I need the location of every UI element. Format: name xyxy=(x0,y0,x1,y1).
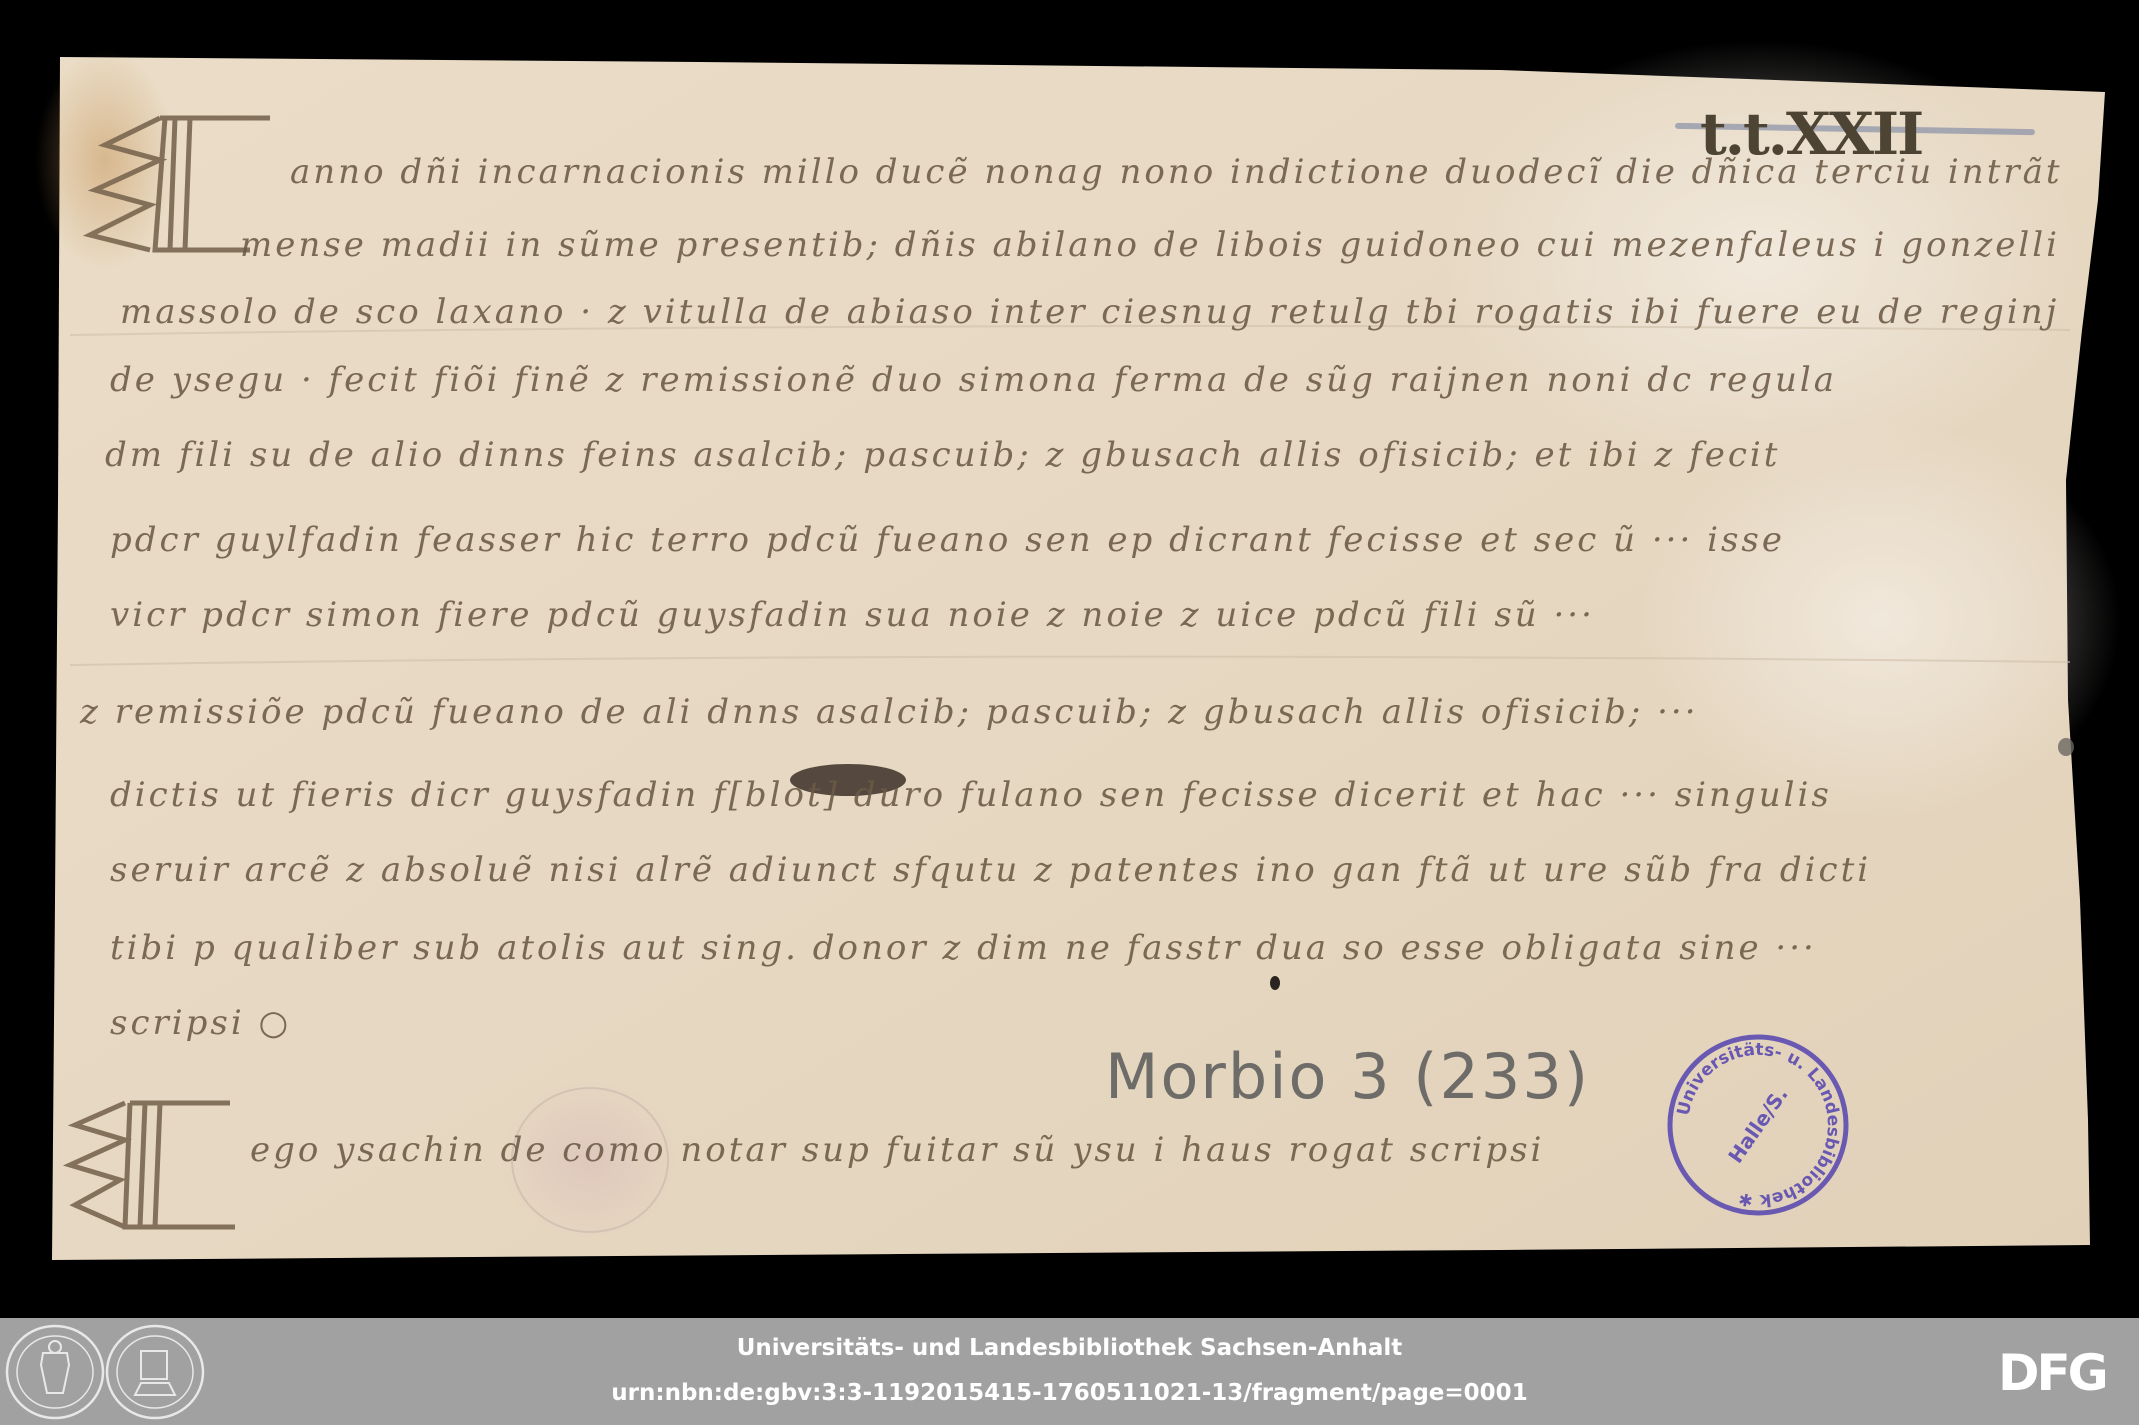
text-line: z remissiõe pdcũ fueano de ali dnns asal… xyxy=(80,692,1699,732)
footer-bar: Universitäts- und Landesbibliothek Sachs… xyxy=(0,1318,2139,1425)
urn-link[interactable]: urn:nbn:de:gbv:3:3-1192015415-1760511021… xyxy=(0,1380,2139,1406)
dfg-logo: DFG xyxy=(1998,1344,2106,1402)
text-line: dm fili su de alio dinns feins asalcib; … xyxy=(105,435,1780,475)
stamp-icon: Universitäts- u. Landesbibliothek ✱ Hall… xyxy=(1663,1030,1853,1220)
text-line: mense madii in sũme presentib; dñis abil… xyxy=(240,225,2060,265)
svg-text:Halle/S.: Halle/S. xyxy=(1723,1083,1792,1168)
text-line: tibi p qualiber sub atolis aut sing. don… xyxy=(110,928,1817,968)
pencil-annotation: Morbio 3 (233) xyxy=(1105,1040,1590,1113)
institution-name: Universitäts- und Landesbibliothek Sachs… xyxy=(0,1335,2139,1361)
text-line: scripsi ○ xyxy=(110,1003,291,1043)
subscription-line: ego ysachin de como notar sup fuitar sũ … xyxy=(250,1130,1544,1170)
document-viewer: t.t.XXII anno dñi incarnacionis millo du… xyxy=(0,0,2139,1318)
text-line: de ysegu · fecit fiõi finẽ z remissionẽ … xyxy=(110,360,1837,400)
parchment-sheet: t.t.XXII anno dñi incarnacionis millo du… xyxy=(0,0,2139,1318)
text-line: anno dñi incarnacionis millo ducẽ nonag … xyxy=(290,152,2063,192)
library-stamp: Universitäts- u. Landesbibliothek ✱ Hall… xyxy=(1663,1030,1853,1220)
text-line: massolo de sco laxano · z vitulla de abi… xyxy=(120,292,2059,332)
text-line: dictis ut fieris dicr guysfadin f[blot] … xyxy=(110,775,1832,815)
text-line: pdcr guylfadin feasser hic terro pdcũ fu… xyxy=(110,520,1785,560)
text-line: seruir arcẽ z absoluẽ nisi alrẽ adiunct … xyxy=(110,850,1871,890)
text-line: vicr pdcr simon fiere pdcũ guysfadin sua… xyxy=(110,595,1595,635)
